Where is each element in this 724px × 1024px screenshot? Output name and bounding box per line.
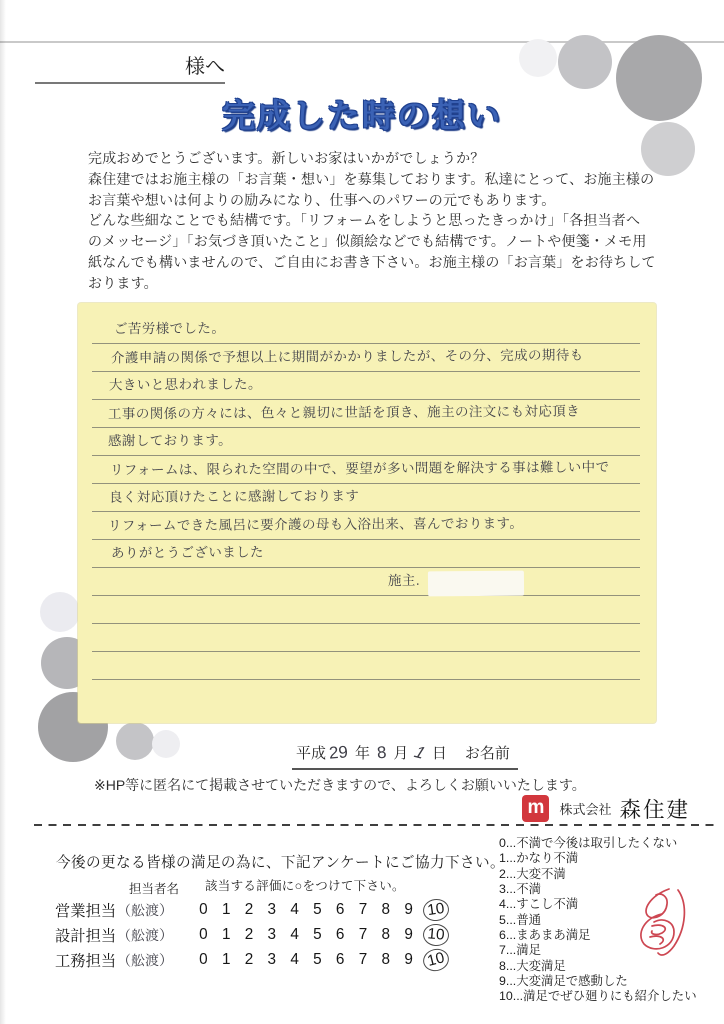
- rating-selected-circle: 10: [421, 946, 452, 974]
- rating-option: 6: [329, 926, 352, 944]
- rating-option: 1: [215, 926, 238, 944]
- rating-legend-line: 10...満足でぜひ廻りにも紹介したい: [499, 989, 697, 1004]
- dashed-separator: [34, 824, 714, 826]
- rating-option: 8: [374, 901, 397, 919]
- survey-name-column-header: 担当者名: [129, 879, 179, 897]
- rating-option: 0: [192, 901, 215, 919]
- rating-option: 7: [352, 901, 375, 919]
- note-handwritten-line: ご苦労様でした。: [114, 315, 225, 344]
- page-title: 完成した時の想い: [222, 90, 502, 137]
- era-label: 平成: [296, 745, 326, 762]
- disclaimer-note: ※HP等に匿名にて掲載させていただきますので、よろしくお願いいたします。: [94, 775, 586, 795]
- rating-option: 1: [215, 901, 238, 919]
- rating-option: 6: [329, 901, 352, 919]
- rating-option: 0: [192, 926, 215, 944]
- rating-legend-line: 0...不満で今後は取引したくない: [499, 836, 697, 851]
- scanned-feedback-form: { "header": { "addressee_suffix": "様へ", …: [0, 0, 724, 1024]
- year-value-handwritten: 29: [328, 742, 348, 763]
- rating-option: 1: [215, 951, 238, 969]
- rating-option: 2: [238, 926, 261, 944]
- intro-paragraph-line: のメッセージ」「お気づき頂いたこと」似顔絵などでも結構です。ノートや便箋・メモ用: [88, 231, 680, 252]
- rating-option: 8: [374, 926, 397, 944]
- rating-option: 5: [306, 926, 329, 944]
- note-handwritten-line: 工事の関係の方々には、色々と親切に世話を頂き、施主の注文にも対応頂き: [108, 398, 580, 429]
- note-handwritten-line: リフォームは、限られた空間の中で、要望が多い問題を解決する事は難しい中で: [110, 453, 610, 484]
- month-value-handwritten: 8: [376, 743, 387, 764]
- rating-selected-circle: 10: [422, 922, 450, 946]
- rating-option: 4: [283, 926, 306, 944]
- year-unit: 年: [355, 745, 370, 762]
- note-handwritten-line: 介護申請の関係で予想以上に期間がかかりましたが、その分、完成の期待も: [111, 342, 584, 373]
- survey-intro: 今後の更なる皆様の満足の為に、下記アンケートにご協力下さい。: [56, 851, 505, 872]
- rating-legend-line: 2...大変不満: [499, 867, 697, 882]
- handwritten-note-paper: ご苦労様でした。介護申請の関係で予想以上に期間がかかりましたが、その分、完成の期…: [78, 303, 656, 723]
- rating-option: 7: [352, 951, 375, 969]
- survey-row-staff-name-handwritten: （舩渡）: [117, 924, 192, 946]
- rating-option: 4: [283, 951, 306, 969]
- rating-option: 9: [397, 901, 420, 919]
- rating-option: 4: [283, 901, 306, 919]
- intro-paragraph: 完成おめでとうございます。新しいお家はいかがでしょうか？森住建ではお施主様の「お…: [88, 148, 680, 294]
- rating-option: 0: [192, 951, 215, 969]
- survey-row: 工務担当（舩渡）012345678910: [55, 947, 452, 972]
- rating-option: 6: [329, 951, 352, 969]
- company-logo-icon: m: [522, 795, 549, 822]
- addressee-suffix: 様へ: [185, 56, 225, 78]
- rating-option: 10: [420, 899, 452, 921]
- intro-paragraph-line: おります。: [88, 273, 680, 294]
- note-signer-line: 施主.: [388, 567, 420, 595]
- rating-option: 5: [306, 901, 329, 919]
- rating-option: 2: [238, 951, 261, 969]
- survey-row-staff-name-handwritten: （舩渡）: [117, 949, 192, 971]
- day-value-handwritten: 1: [410, 743, 430, 763]
- redacted-name-patch: [428, 571, 524, 597]
- intro-paragraph-line: 森住建ではお施主様の「お言葉・想い」を募集しております。私達にとって、お施主様の: [88, 169, 680, 190]
- name-field-label: お名前: [465, 745, 510, 762]
- month-unit: 月: [393, 745, 408, 762]
- intro-paragraph-line: 紙なんでも構いませんので、ご自由にお書き下さい。お施主様の「お言葉」をお待ちして: [88, 252, 680, 273]
- survey-row: 営業担当（舩渡）012345678910: [55, 897, 452, 922]
- company-name: 森住建: [619, 793, 690, 824]
- rating-legend-line: 9...大変満足で感動した: [499, 974, 697, 989]
- scan-edge-shadow: [0, 0, 6, 1024]
- rating-option: 10: [420, 924, 452, 946]
- addressee-blank-line: 様へ: [35, 50, 225, 84]
- note-handwritten-line: 大きいと思われました。: [109, 371, 262, 400]
- intro-paragraph-line: 完成おめでとうございます。新しいお家はいかがでしょうか？: [88, 148, 680, 169]
- date-line: 平成29年8月1日お名前: [292, 742, 518, 770]
- rating-option: 9: [397, 926, 420, 944]
- note-handwritten-line: リフォームできた風呂に要介護の母も入浴出来、喜んでおります。: [108, 510, 523, 541]
- survey-row: 設計担当（舩渡）012345678910: [55, 922, 452, 947]
- red-signature-scribble: [622, 884, 698, 964]
- rating-selected-circle: 10: [422, 897, 451, 922]
- rating-option: 7: [352, 926, 375, 944]
- survey-rating-rows: 営業担当（舩渡）012345678910設計担当（舩渡）012345678910…: [55, 897, 452, 972]
- rating-option: 3: [260, 926, 283, 944]
- survey-row-role: 工務担当: [55, 949, 117, 971]
- corporate-prefix: 株式会社: [559, 799, 611, 818]
- rating-option: 3: [260, 951, 283, 969]
- company-logo-block: m 株式会社 森住建: [522, 793, 690, 824]
- rating-option: 3: [260, 901, 283, 919]
- rating-option: 2: [238, 901, 261, 919]
- rating-option: 8: [374, 951, 397, 969]
- intro-paragraph-line: どんな些細なことでも結構です。「リフォームをしようと思ったきっかけ」「各担当者へ: [88, 210, 680, 231]
- survey-scale-header: 該当する評価に○をつけて下さい。: [205, 876, 405, 894]
- note-signer-label: 施主.: [388, 573, 420, 588]
- intro-paragraph-line: お言葉や想いは何よりの励みになり、仕事へのパワーの元でもあります。: [88, 190, 680, 211]
- survey-row-staff-name-handwritten: （舩渡）: [117, 899, 192, 921]
- note-handwritten-line: 感謝しております。: [108, 427, 232, 456]
- rating-option: 5: [306, 951, 329, 969]
- rating-option: 10: [420, 949, 452, 971]
- day-unit: 日: [432, 745, 447, 762]
- survey-row-role: 設計担当: [55, 924, 117, 946]
- survey-row-role: 営業担当: [55, 899, 117, 921]
- note-handwritten-line: ありがとうございました: [111, 539, 264, 568]
- note-handwritten-line: 良く対応頂けたことに感謝しております: [109, 482, 359, 512]
- rating-option: 9: [397, 951, 420, 969]
- rating-legend-line: 1...かなり不満: [499, 851, 697, 866]
